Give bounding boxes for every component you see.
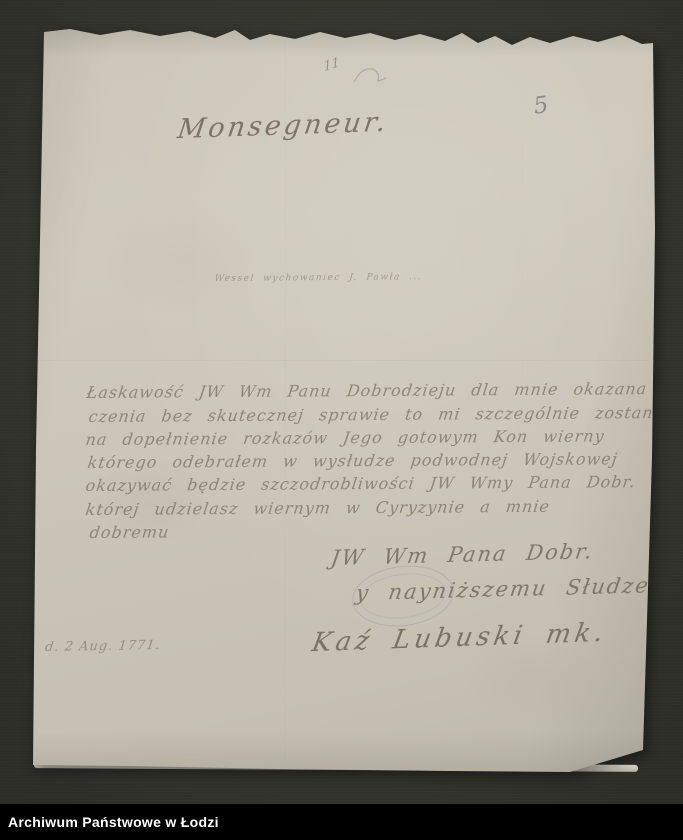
letter-body-line: okazywać będzie szczodrobliwości JW Wmy …: [84, 472, 636, 495]
letter-body-line: czenia bez skutecznej sprawie to mi szcz…: [87, 403, 683, 426]
pencil-page-number: 5: [532, 92, 550, 120]
letter-body-line: dobremu: [88, 522, 170, 542]
archive-name-label: Archiwum Państwowe w Łodzi: [0, 814, 219, 830]
faint-pencil-annotation: Wessel wychowaniec J. Pawła ...: [214, 272, 423, 284]
letter-salutation: Monsegneur.: [176, 107, 391, 146]
scan-viewer: Monsegneur. 11 5 Wessel wychowaniec J. P…: [0, 0, 683, 840]
paper-sheet: Monsegneur. 11 5 Wessel wychowaniec J. P…: [30, 28, 657, 775]
letter-closing-line: JW Wm Pana Dobr.: [329, 539, 595, 570]
fold-crease-horizontal: [34, 360, 649, 362]
letter-date-note: d. 2 Aug. 1771.: [44, 638, 161, 655]
pencil-top-mark: 11: [323, 55, 340, 75]
document-page: Monsegneur. 11 5 Wessel wychowaniec J. P…: [30, 28, 657, 775]
letter-closing-line: y nayniższemu Słudze: [354, 573, 651, 605]
letter-body-line: którego odebrałem w wysłudze podwodnej W…: [86, 449, 619, 472]
paper-stain: [100, 198, 260, 318]
letter-signature: Kaź Lubuski mk.: [310, 618, 610, 658]
letter-body-line: na dopełnienie rozkazów Jego gotowym Kon…: [84, 426, 605, 449]
letter-body-line: której udzielasz wiernym w Cyryzynie a m…: [84, 497, 551, 519]
pencil-squiggle-mark: [352, 64, 394, 90]
fold-crease-vertical-right: [522, 34, 524, 764]
letter-body-line: Łaskawość JW Wm Panu Dobrodzieju dla mni…: [85, 378, 683, 402]
archive-watermark-bar: Archiwum Państwowe w Łodzi: [0, 804, 683, 840]
